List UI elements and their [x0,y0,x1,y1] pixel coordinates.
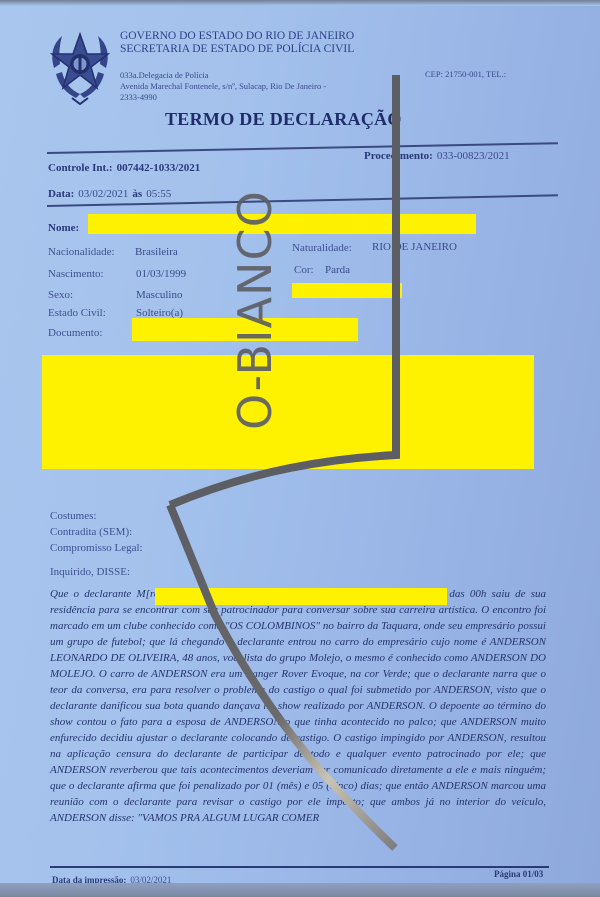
watermark-text: O-BIANCO [228,190,282,430]
watermark-line-icon [0,0,600,897]
